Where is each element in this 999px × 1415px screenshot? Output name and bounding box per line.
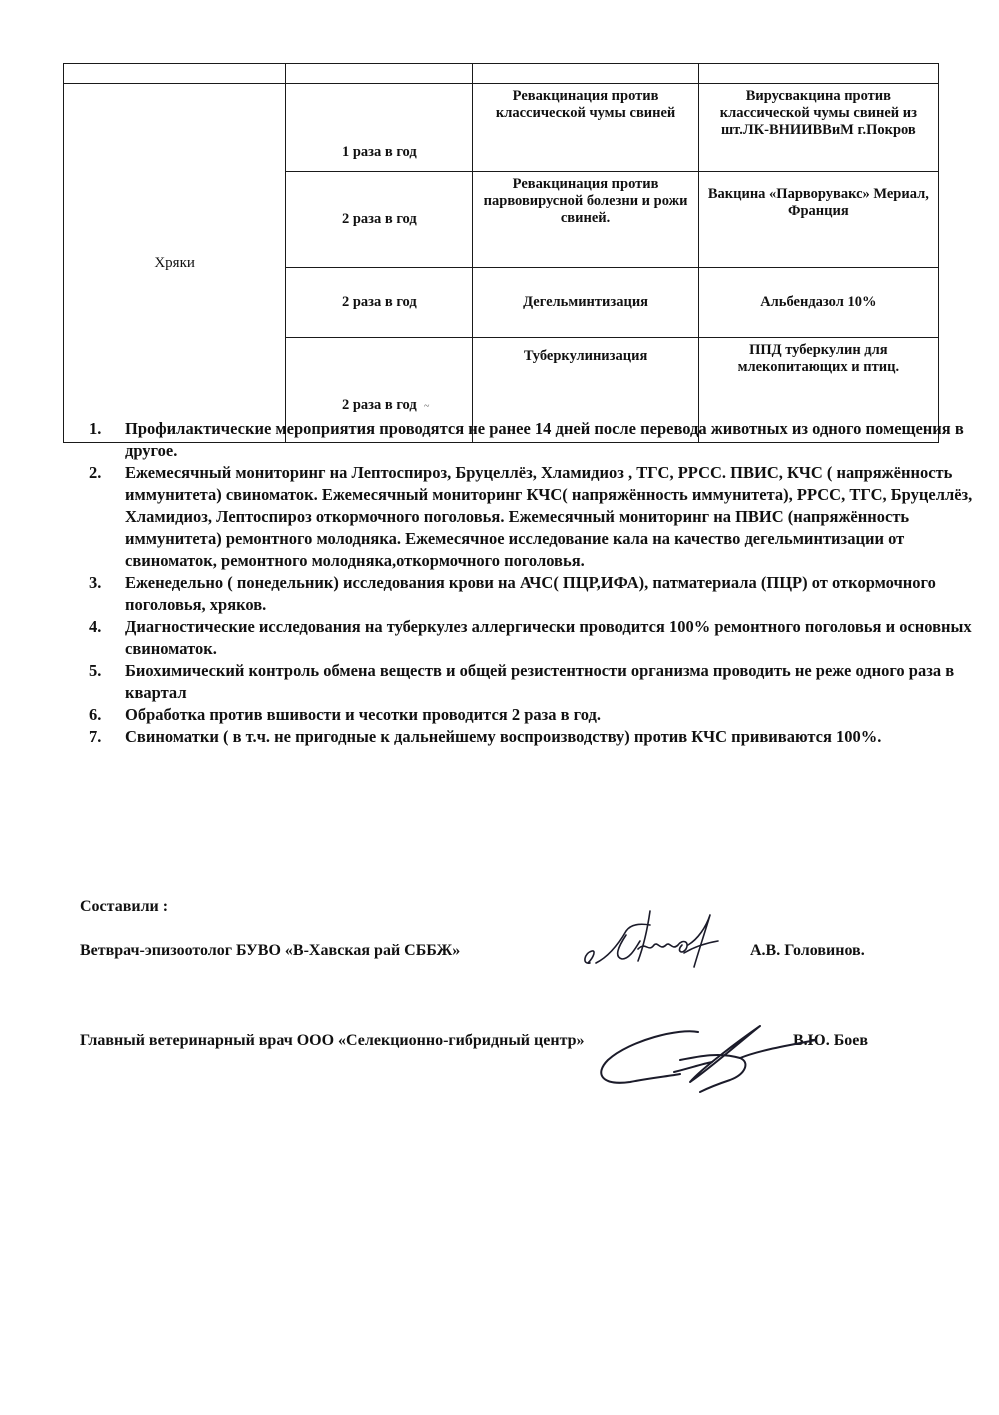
preparation-cell: Вирусвакцина против классической чумы св… [698,84,938,172]
document-page: Хряки 1 раза в год Ревакцинация против к… [0,0,999,1415]
signature-1-icon [578,905,743,990]
header-cell [64,64,286,84]
compiled-by-label: Составили : [80,898,168,916]
measure-cell: Дегельминтизация [473,268,698,338]
scan-mark: ~ [424,401,429,412]
table-header-row [64,64,939,84]
animal-group-cell: Хряки [64,84,286,443]
frequency-cell: 2 раза в год [286,268,473,338]
vaccination-schedule-table: Хряки 1 раза в год Ревакцинация против к… [63,63,939,443]
header-cell [473,64,698,84]
header-cell [698,64,938,84]
note-number: 2. [89,462,101,484]
frequency-cell: 1 раза в год [286,84,473,172]
note-text: Свиноматки ( в т.ч. не пригодные к дальн… [125,727,881,746]
note-number: 5. [89,660,101,682]
signer-1-position: Ветврач-эпизоотолог БУВО «В-Хавская рай … [80,942,460,960]
note-item: 3.Еженедельно ( понедельник) исследовани… [125,572,975,616]
note-text: Еженедельно ( понедельник) исследования … [125,573,936,614]
note-text: Профилактические мероприятия проводятся … [125,419,964,460]
preparation-cell: Вакцина «Парворувакс» Мериал, Франция [698,172,938,268]
note-item: 2.Ежемесячный мониторинг на Лептоспироз,… [125,462,975,572]
note-text: Обработка против вшивости и чесотки пров… [125,705,601,724]
notes-list: 1.Профилактические мероприятия проводятс… [85,418,975,748]
note-item: 6.Обработка против вшивости и чесотки пр… [125,704,975,726]
frequency-cell: 2 раза в год [286,172,473,268]
header-cell [286,64,473,84]
note-number: 6. [89,704,101,726]
note-number: 7. [89,726,101,748]
preparation-cell: Альбендазол 10% [698,268,938,338]
signer-2-position: Главный ветеринарный врач ООО «Селекцион… [80,1032,585,1050]
note-text: Ежемесячный мониторинг на Лептоспироз, Б… [125,463,972,570]
measure-cell: Ревакцинация против классической чумы св… [473,84,698,172]
note-item: 1.Профилактические мероприятия проводятс… [125,418,975,462]
note-text: Биохимический контроль обмена веществ и … [125,661,954,702]
measure-cell: Ревакцинация против парвовирусной болезн… [473,172,698,268]
table-row: Хряки 1 раза в год Ревакцинация против к… [64,84,939,172]
note-item: 5.Биохимический контроль обмена веществ … [125,660,975,704]
note-item: 4.Диагностические исследования на туберк… [125,616,975,660]
note-number: 1. [89,418,101,440]
note-text: Диагностические исследования на туберкул… [125,617,972,658]
signer-1-name: А.В. Головинов. [750,942,865,960]
note-number: 3. [89,572,101,594]
signature-2-icon [590,1022,820,1097]
note-item: 7. Свиноматки ( в т.ч. не пригодные к да… [125,726,975,748]
note-number: 4. [89,616,101,638]
